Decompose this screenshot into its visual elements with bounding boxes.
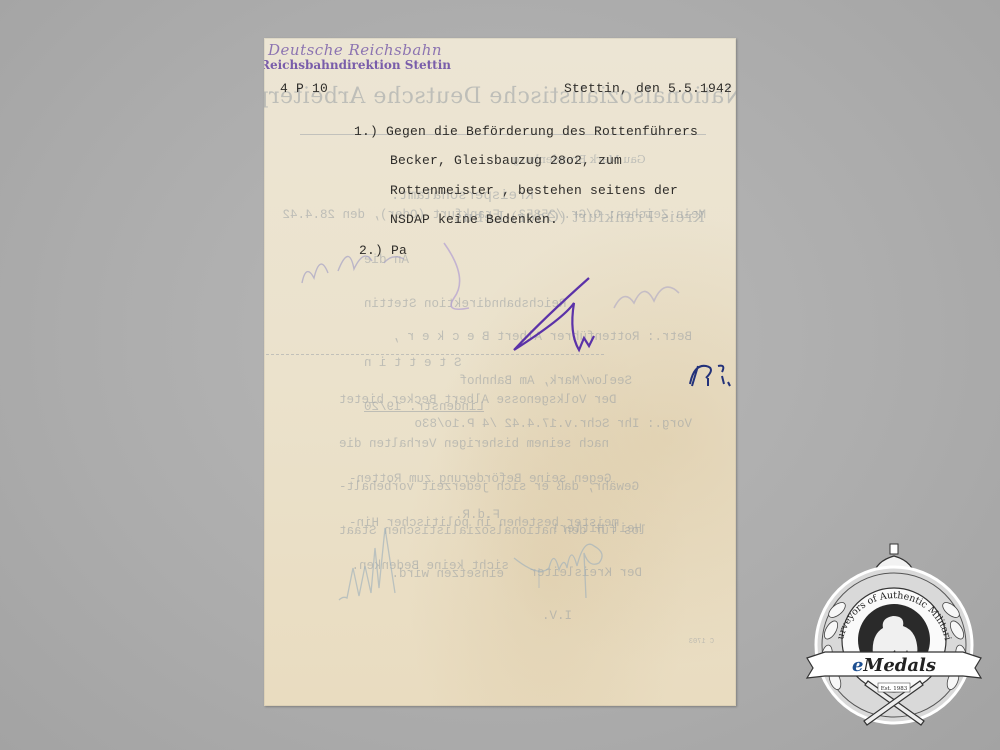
logo-brand-e: e — [852, 655, 863, 676]
blue-annotation-icon — [684, 356, 736, 392]
logo-established: Est. 1983 — [881, 686, 908, 692]
stamp-line-2: Reichsbahndirektion Stettin — [264, 58, 451, 72]
bleed-form-number: C 1703 — [674, 638, 714, 646]
purple-initial-mark-icon — [414, 238, 614, 368]
bleed-pencil-note-icon — [294, 233, 424, 293]
document-paper: Nationalsozialistische Deutsche Arbeiter… — [264, 38, 736, 706]
bleed-signature-right-icon — [509, 508, 619, 598]
svg-text:eMedals: eMedals — [852, 655, 936, 676]
stamp-line-1: Deutsche Reichsbahn — [268, 41, 451, 59]
body-line-5: 2.) Pa — [359, 243, 407, 258]
bleed-signature-left-icon — [329, 508, 419, 608]
body-line-2: Becker, Gleisbauzug 28o2, zum — [390, 153, 622, 168]
logo-brand-text: Medals — [862, 655, 936, 676]
place-date: Stettin, den 5.5.1942 — [564, 81, 732, 96]
reference-number: 4 P 10 — [280, 81, 328, 96]
railway-stamp: Deutsche Reichsbahn Reichsbahndirektion … — [268, 41, 451, 72]
body-line-1: 1.) Gegen die Beförderung des Rottenführ… — [354, 124, 698, 139]
bleed-fdr: F.d.R. — [450, 508, 500, 523]
bleed-pencil-note-right-icon — [609, 273, 689, 323]
body-line-4: NSDAP keine Bedenken. — [390, 212, 558, 227]
emedals-logo-icon: Purveyors of Authentic Militaria eMedals… — [803, 540, 985, 735]
body-line-3: Rottenmeister , bestehen seitens der — [390, 183, 678, 198]
